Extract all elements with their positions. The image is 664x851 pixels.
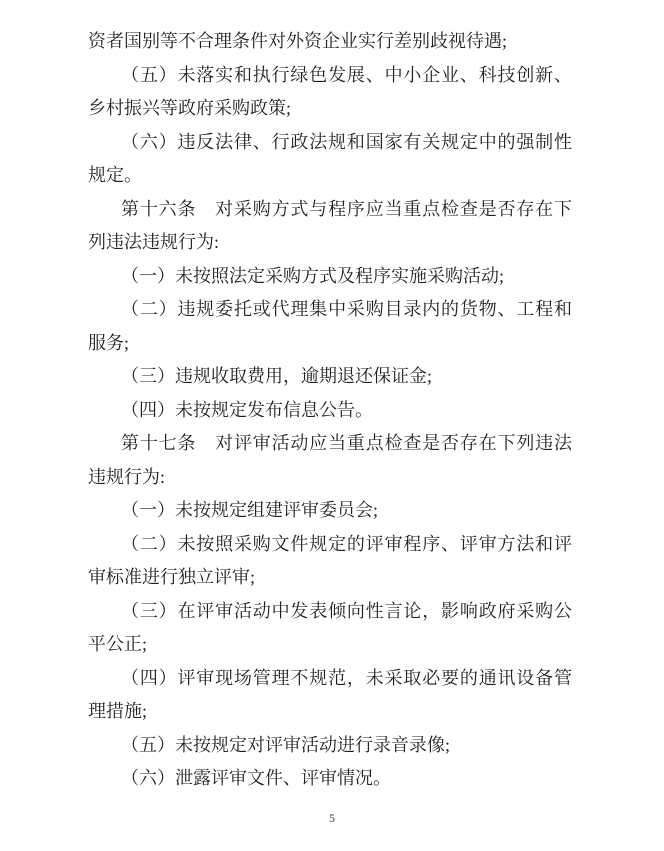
text-line: 列违法违规行为: <box>88 226 572 260</box>
text-line: 违规行为: <box>88 461 572 495</box>
text-line: 第十六条 对采购方式与程序应当重点检查是否存在下 <box>88 193 572 227</box>
text-line: 乡村振兴等政府采购政策; <box>88 92 572 126</box>
text-line: 理措施; <box>88 695 572 729</box>
document-page: 资者国别等不合理条件对外资企业实行差别歧视待遇; （五）未落实和执行绿色发展、中… <box>0 0 664 851</box>
text-line: 资者国别等不合理条件对外资企业实行差别歧视待遇; <box>88 25 572 59</box>
text-line: 审标准进行独立评审; <box>88 561 572 595</box>
text-line: 第十七条 对评审活动应当重点检查是否存在下列违法 <box>88 427 572 461</box>
text-line: （四）评审现场管理不规范，未采取必要的通讯设备管 <box>88 662 572 696</box>
document-body: 资者国别等不合理条件对外资企业实行差别歧视待遇; （五）未落实和执行绿色发展、中… <box>88 25 572 796</box>
text-line: （三）违规收取费用，逾期退还保证金; <box>88 360 572 394</box>
text-line: （三）在评审活动中发表倾向性言论，影响政府采购公 <box>88 595 572 629</box>
text-line: （四）未按规定发布信息公告。 <box>88 394 572 428</box>
text-line: （五）未落实和执行绿色发展、中小企业、科技创新、 <box>88 59 572 93</box>
text-line: （二）未按照采购文件规定的评审程序、评审方法和评 <box>88 528 572 562</box>
text-line: 规定。 <box>88 159 572 193</box>
text-line: （六）泄露评审文件、评审情况。 <box>88 762 572 796</box>
text-line: （二）违规委托或代理集中采购目录内的货物、工程和 <box>88 293 572 327</box>
text-line: （一）未按照法定采购方式及程序实施采购活动; <box>88 260 572 294</box>
page-number: 5 <box>0 810 664 826</box>
text-line: （五）未按规定对评审活动进行录音录像; <box>88 729 572 763</box>
text-line: 服务; <box>88 327 572 361</box>
text-line: （一）未按规定组建评审委员会; <box>88 494 572 528</box>
text-line: （六）违反法律、行政法规和国家有关规定中的强制性 <box>88 126 572 160</box>
text-line: 平公正; <box>88 628 572 662</box>
